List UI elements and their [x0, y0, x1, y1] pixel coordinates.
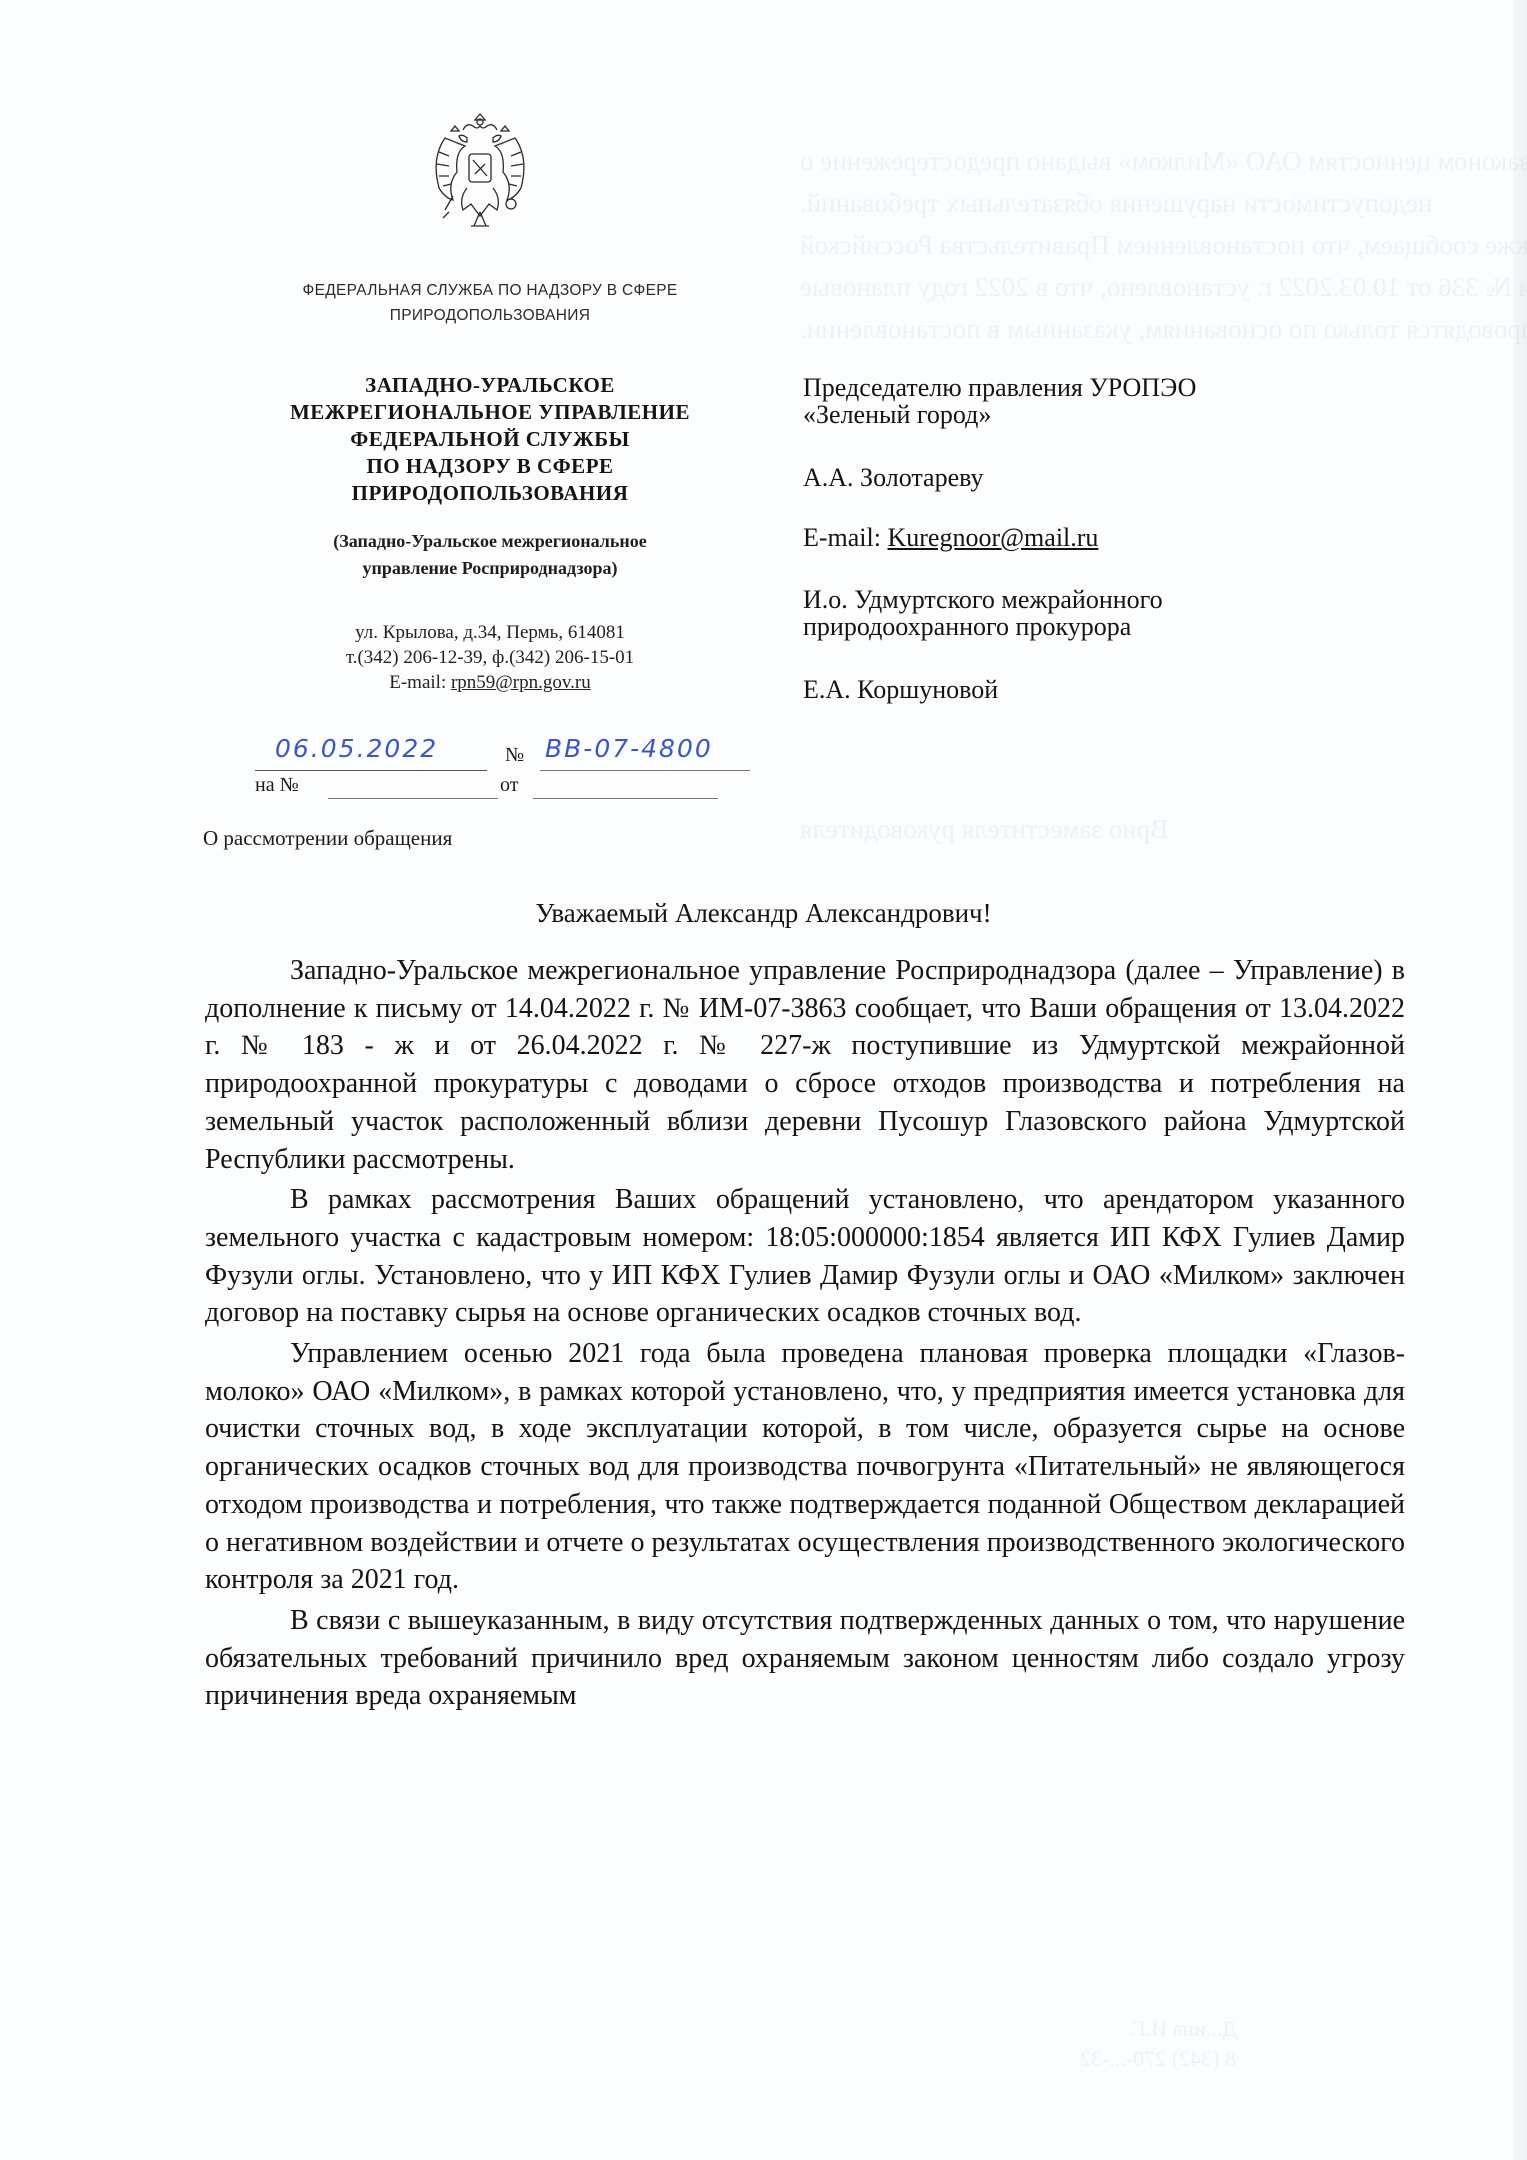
greeting: Уважаемый Александр Александрович! — [0, 898, 1527, 929]
handwritten-number: ВВ-07-4800 — [545, 734, 713, 763]
sender-email-line: E-mail: rpn59@rpn.gov.ru — [250, 670, 730, 695]
recipient-1-title-line: Председателю правления УРОПЭО — [803, 374, 1196, 401]
recipient-2-title-line: природоохранного прокурора — [803, 613, 1163, 640]
department-line: ФЕДЕРАЛЬНОЙ СЛУЖБЫ — [250, 426, 730, 453]
number-label: № — [505, 744, 524, 767]
recipient-1-name: А.А. Золотареву — [803, 464, 984, 491]
body-paragraph: Управлением осенью 2021 года была провед… — [205, 1335, 1405, 1599]
bleed-through-text: проверки проводятся только по основаниям… — [800, 310, 1527, 348]
letter-body: Западно-Уральское межрегиональное управл… — [205, 952, 1405, 1715]
federal-service-name: ФЕДЕРАЛЬНАЯ СЛУЖБА ПО НАДЗОРУ В СФЕРЕ ПР… — [240, 278, 740, 328]
department-line: МЕЖРЕГИОНАЛЬНОЕ УПРАВЛЕНИЕ — [250, 399, 730, 426]
recipient-1-email-line: E-mail: Kuregnoor@mail.ru — [803, 524, 1098, 551]
sender-contacts: ул. Крылова, д.34, Пермь, 614081 т.(342)… — [250, 620, 730, 695]
reply-to-underline — [328, 798, 498, 799]
bleed-through-text: недопустимости нарушения обязательных тр… — [800, 184, 1432, 222]
scanned-letter-page: законом ценностям ОАО «Милком» выдано пр… — [0, 0, 1527, 2160]
recipient-1-email-link[interactable]: Kuregnoor@mail.ru — [887, 523, 1098, 552]
coat-of-arms-icon — [425, 108, 535, 233]
department-line: ПРИРОДОПОЛЬЗОВАНИЯ — [250, 480, 730, 507]
sender-email-link[interactable]: rpn59@rpn.gov.ru — [451, 672, 591, 693]
federal-service-line: ФЕДЕРАЛЬНАЯ СЛУЖБА ПО НАДЗОРУ В СФЕРЕ — [240, 278, 740, 303]
body-paragraph: В связи с вышеуказанным, в виду отсутств… — [205, 1602, 1405, 1715]
recipient-1-org: «Зеленый город» — [803, 401, 1196, 428]
date-underline — [255, 770, 487, 771]
department-short-line: (Западно-Уральское межрегиональное — [250, 528, 730, 555]
sender-phones: т.(342) 206-12-39, ф.(342) 206-15-01 — [250, 645, 730, 670]
sender-address: ул. Крылова, д.34, Пермь, 614081 — [250, 620, 730, 645]
body-paragraph: В рамках рассмотрения Ваших обращений ус… — [205, 1181, 1405, 1332]
department-short-name: (Западно-Уральское межрегиональное управ… — [250, 528, 730, 582]
body-paragraph: Западно-Уральское межрегиональное управл… — [205, 952, 1405, 1178]
recipient-2-name: Е.А. Коршуновой — [803, 676, 998, 703]
recipient-2-title: И.о. Удмуртского межрайонного природоохр… — [803, 586, 1163, 640]
recipient-1-email-label: E-mail: — [803, 523, 887, 552]
bleed-through-text: Также сообщаем, что постановлением Прави… — [800, 226, 1527, 264]
recipient-2-title-line: И.о. Удмуртского межрайонного — [803, 586, 1163, 613]
bleed-through-text: Федерации № 336 от 10.03.2022 г. установ… — [800, 268, 1527, 306]
recipient-1-title: Председателю правления УРОПЭО «Зеленый г… — [803, 374, 1196, 428]
department-name: ЗАПАДНО-УРАЛЬСКОЕ МЕЖРЕГИОНАЛЬНОЕ УПРАВЛ… — [250, 372, 730, 507]
number-underline — [540, 770, 750, 771]
department-line: ЗАПАДНО-УРАЛЬСКОЕ — [250, 372, 730, 399]
department-short-line: управление Росприроднадзора) — [250, 555, 730, 582]
sender-email-label: E-mail: — [389, 672, 451, 693]
letter-subject: О рассмотрении обращения — [203, 826, 452, 851]
handwritten-date: 06.05.2022 — [275, 734, 438, 763]
department-line: ПО НАДЗОРУ В СФЕРЕ — [250, 453, 730, 480]
from-underline — [533, 798, 718, 799]
federal-service-line: ПРИРОДОПОЛЬЗОВАНИЯ — [240, 303, 740, 328]
bleed-through-text: 8 (342) 270-...-32 — [1080, 2040, 1236, 2078]
bleed-through-text: законом ценностям ОАО «Милком» выдано пр… — [800, 142, 1527, 180]
from-label: от — [500, 774, 518, 797]
bleed-through-text: Врио заместителя руководителя — [800, 810, 1168, 848]
reply-to-label: на № — [255, 774, 299, 797]
